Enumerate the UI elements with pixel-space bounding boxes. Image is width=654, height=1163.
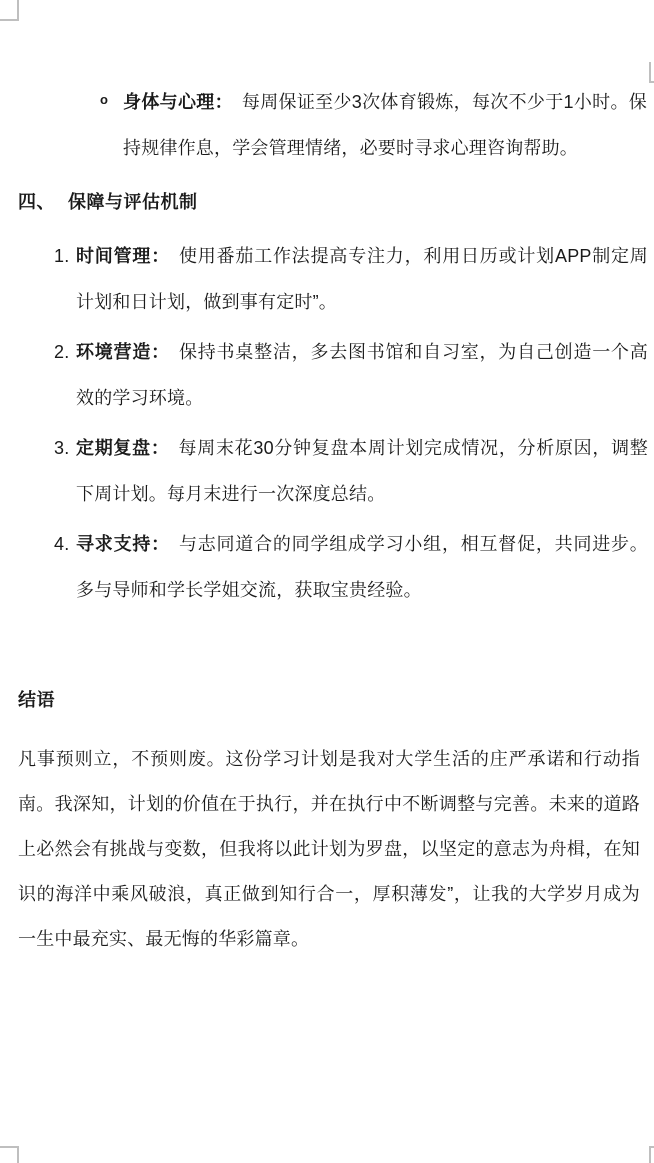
item-number: 2.	[54, 329, 69, 375]
numbered-item-regular-review: 3.定期复盘：每周末花30分钟复盘本周计划完成情况，分析原因，调整下周计划。每月…	[76, 425, 648, 517]
item-number: 3.	[54, 425, 69, 471]
item-number: 4.	[54, 521, 69, 567]
bullet-item-body-mind: 身体与心理：每周保证至少3次体育锻炼，每次不少于1小时。保持规律作息，学会管理情…	[123, 79, 647, 171]
page-corner-mark-top-left	[0, 0, 19, 21]
section-heading: 四、保障与评估机制	[18, 192, 198, 213]
bullet-item-label: 身体与心理：	[123, 92, 233, 112]
closing-paragraph: 凡事预则立，不预则废。这份学习计划是我对大学生活的庄严承诺和行动指南。我深知，计…	[18, 737, 640, 962]
item-number: 1.	[54, 233, 69, 279]
section-number: 四、	[18, 192, 55, 212]
page-corner-mark-top-right	[649, 62, 654, 83]
item-label: 时间管理：	[76, 246, 170, 266]
item-label: 寻求支持：	[76, 534, 170, 554]
page-corner-mark-bottom-right	[649, 1146, 654, 1163]
page-corner-mark-bottom-left	[0, 1146, 19, 1163]
item-label: 定期复盘：	[76, 438, 170, 458]
section-title: 保障与评估机制	[68, 192, 198, 212]
document-page: o 身体与心理：每周保证至少3次体育锻炼，每次不少于1小时。保持规律作息，学会管…	[0, 0, 654, 1163]
numbered-item-environment: 2.环境营造：保持书桌整洁，多去图书馆和自习室，为自己创造一个高效的学习环境。	[76, 329, 648, 421]
item-label: 环境营造：	[76, 342, 170, 362]
closing-heading: 结语	[18, 690, 55, 710]
numbered-item-time-management: 1.时间管理：使用番茄工作法提高专注力，利用日历或计划APP制定周计划和日计划，…	[76, 233, 648, 325]
bullet-marker-icon: o	[100, 90, 108, 110]
numbered-item-seek-support: 4.寻求支持：与志同道合的同学组成学习小组，相互督促，共同进步。多与导师和学长学…	[76, 521, 648, 613]
